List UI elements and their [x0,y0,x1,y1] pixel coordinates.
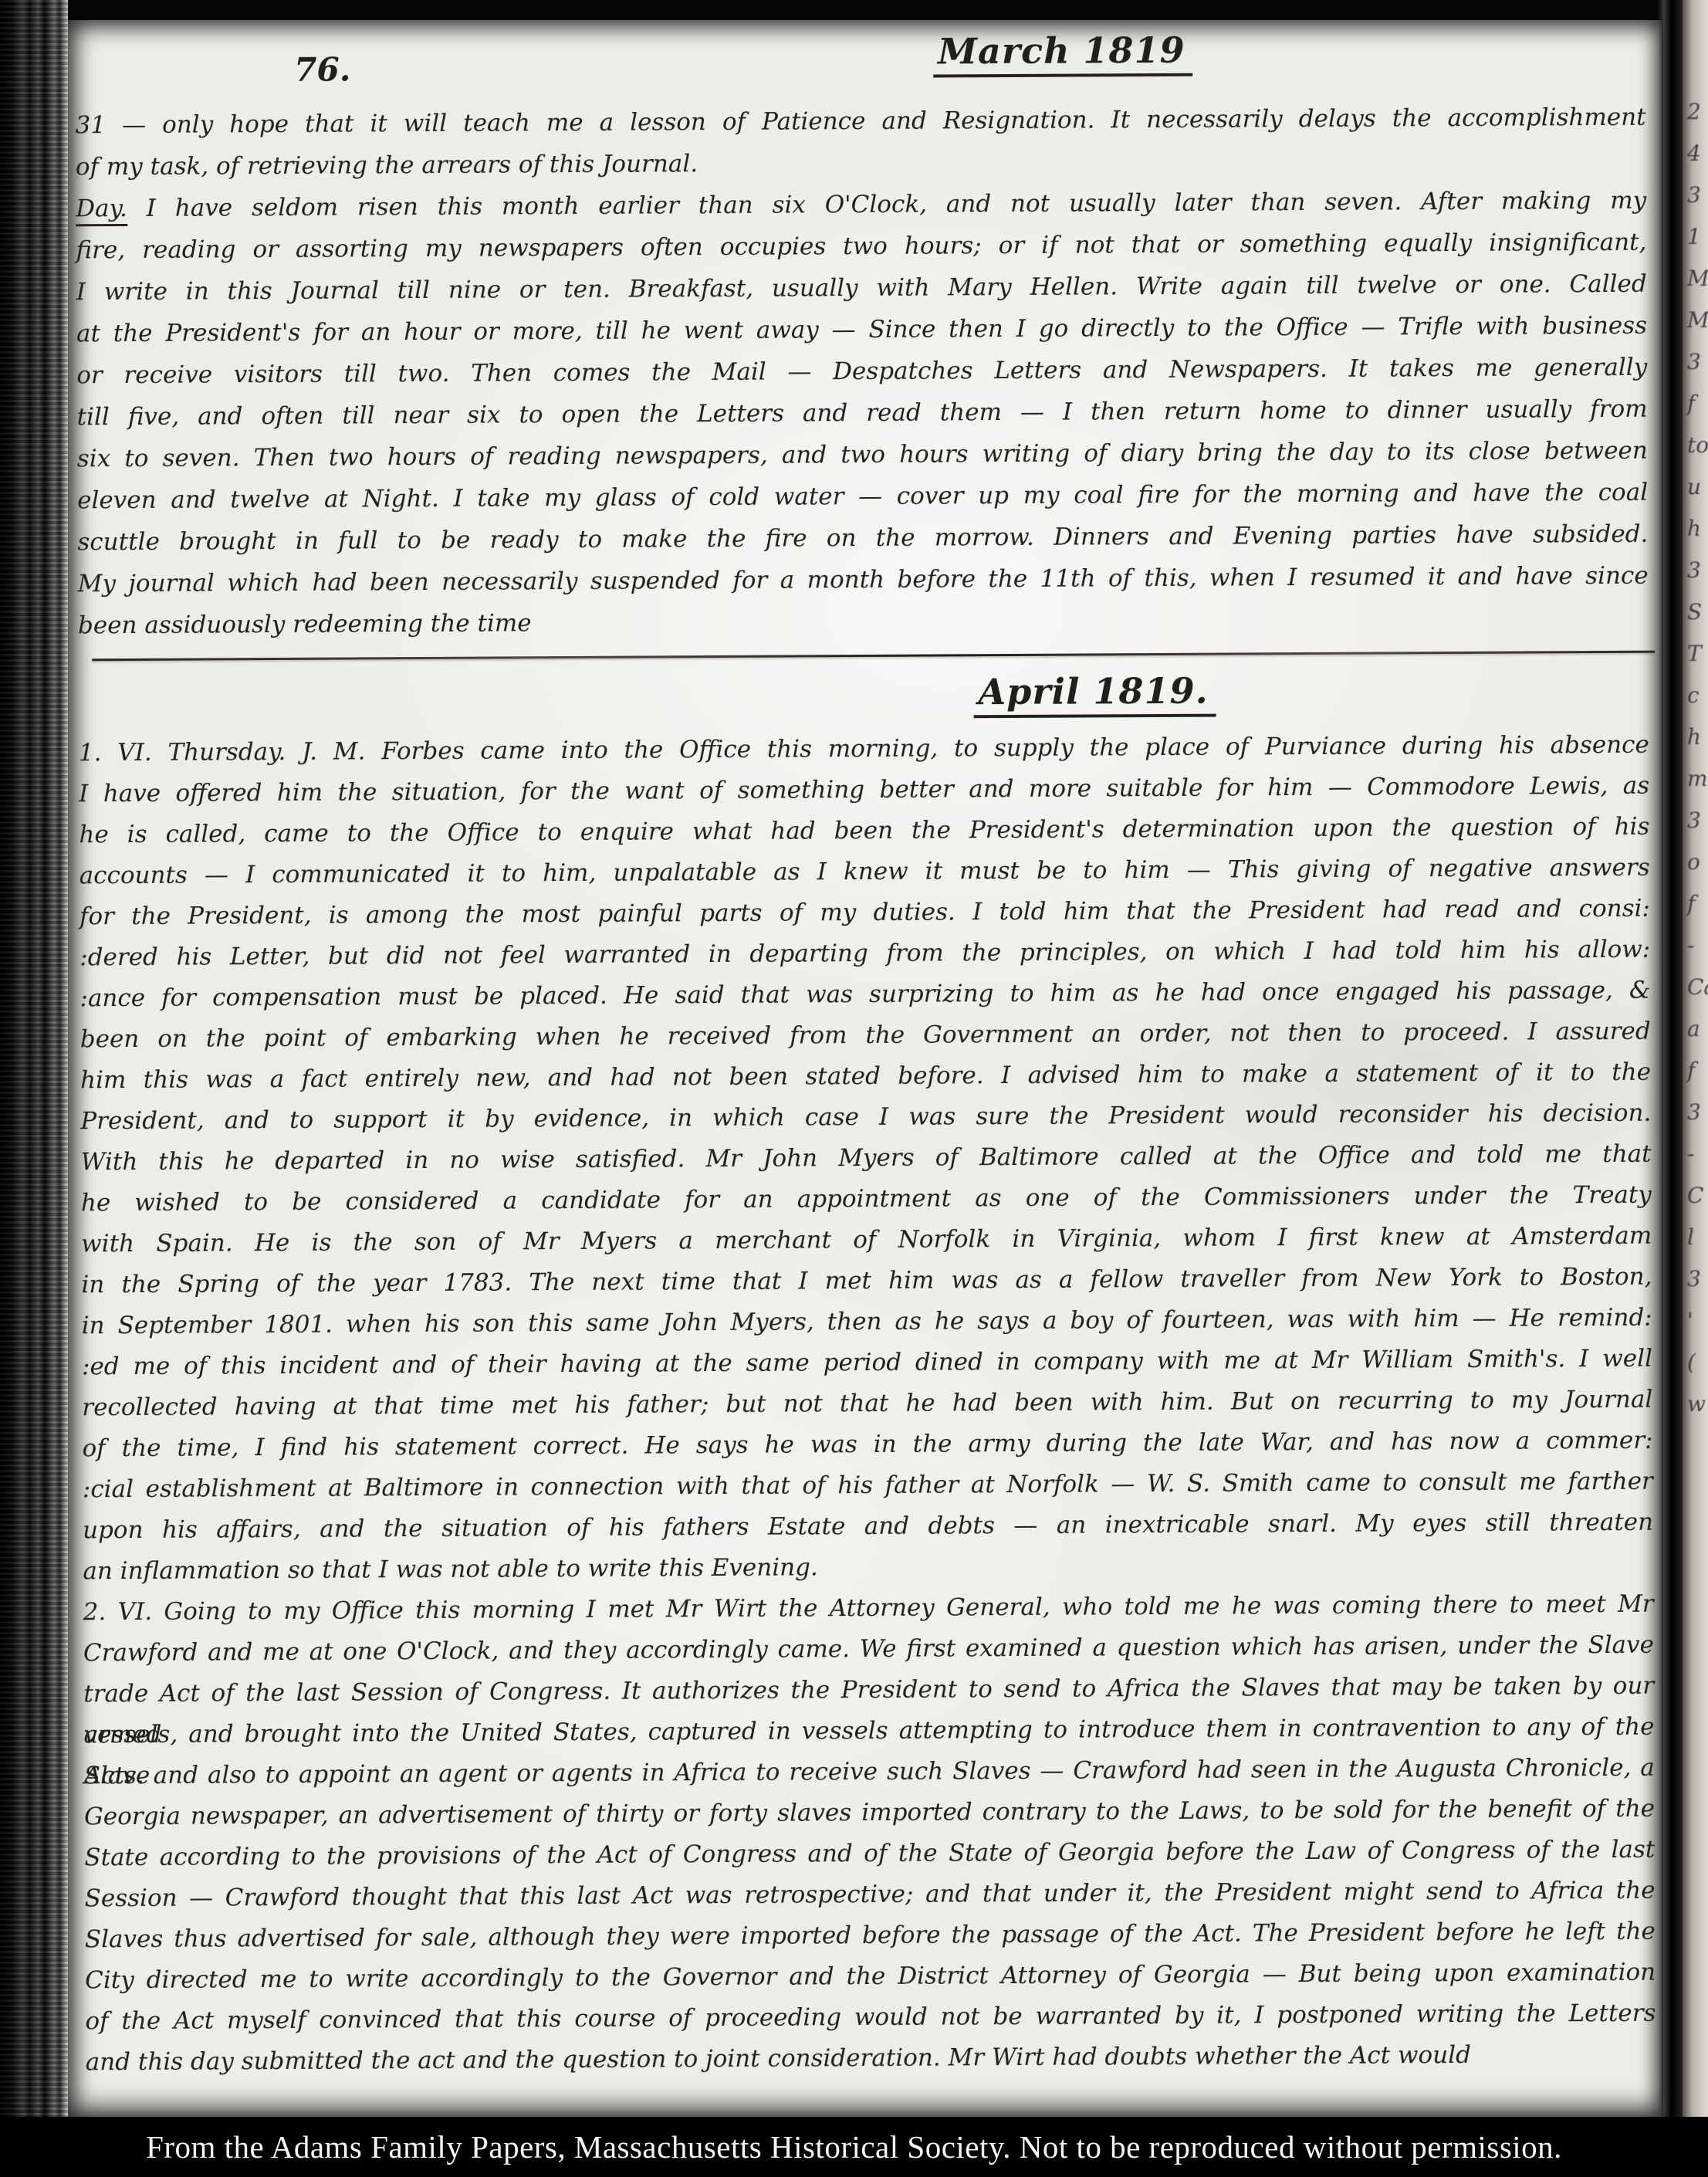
book-spine-edge [0,0,68,2117]
manuscript-line: upon his affairs, and the situation of h… [83,1502,1653,1552]
edge-fragment: 3 [1687,341,1708,383]
edge-fragment: w [1687,1383,1708,1425]
edge-fragment: f [1687,883,1708,925]
edge-fragment: T [1687,633,1708,675]
page-gutter-shadow [1658,0,1683,2117]
edge-fragment: to [1687,425,1708,466]
edge-fragment: f [1687,1050,1708,1092]
edge-fragment: m [1687,758,1708,800]
edge-fragment: ( [1687,1342,1708,1383]
facing-page-fragments: 2431MM3ftouh3STchm3of-Caaf3-Cl3'(w [1687,91,1708,1425]
manuscript-page: 76. March 1819 31 — only hope that it wi… [68,20,1662,2117]
edge-fragment: - [1687,1133,1708,1175]
edge-fragment: 3 [1687,1258,1708,1300]
footer-text: From the Adams Family Papers, Massachuse… [146,2131,1562,2163]
edge-fragment: a [1687,1008,1708,1050]
manuscript-line: been assiduously redeeming the time [78,597,1649,647]
edge-fragment: ' [1687,1300,1708,1342]
edge-fragment: 3 [1687,174,1708,216]
edge-fragment: 4 [1687,133,1708,174]
edge-fragment: 3 [1687,800,1708,841]
edge-fragment: - [1687,925,1708,967]
edge-fragment: 1 [1687,216,1708,258]
credit-footer: From the Adams Family Papers, Massachuse… [0,2117,1708,2177]
march-heading: March 1819 [933,31,1193,77]
edge-fragment: l [1687,1217,1708,1258]
manuscript-scan: 76. March 1819 31 — only hope that it wi… [0,0,1708,2177]
edge-fragment: C [1687,1175,1708,1217]
edge-fragment: M [1687,300,1708,341]
edge-fragment: M [1687,258,1708,300]
april-heading: April 1819. [973,672,1216,718]
page-number: 76. [294,53,350,86]
section-divider-rule [92,651,1655,662]
edge-fragment: c [1687,675,1708,716]
march-entry: 31 — only hope that it will teach me a l… [75,96,1649,647]
page-content: 76. March 1819 31 — only hope that it wi… [63,16,1667,2121]
edge-fragment: f [1687,383,1708,425]
manuscript-line: My journal which had been necessarily su… [78,555,1649,605]
edge-fragment: h [1687,716,1708,758]
facing-page-edge: 2431MM3ftouh3STchm3of-Caaf3-Cl3'(w [1683,0,1708,2117]
edge-fragment: S [1687,591,1708,633]
edge-fragment: u [1687,466,1708,508]
edge-fragment: 3 [1687,550,1708,591]
edge-fragment: o [1687,841,1708,883]
april-entry: 1. VI. Thursday. J. M. Forbes came into … [79,725,1656,2084]
manuscript-line: 31 — only hope that it will teach me a l… [75,96,1645,147]
edge-fragment: 2 [1687,91,1708,133]
edge-fragment: Ca [1687,967,1708,1008]
edge-fragment: 3 [1687,1092,1708,1133]
underlined-word: Day. [76,195,127,226]
edge-fragment: h [1687,508,1708,550]
manuscript-line: and this day submitted the act and the q… [86,2034,1656,2084]
